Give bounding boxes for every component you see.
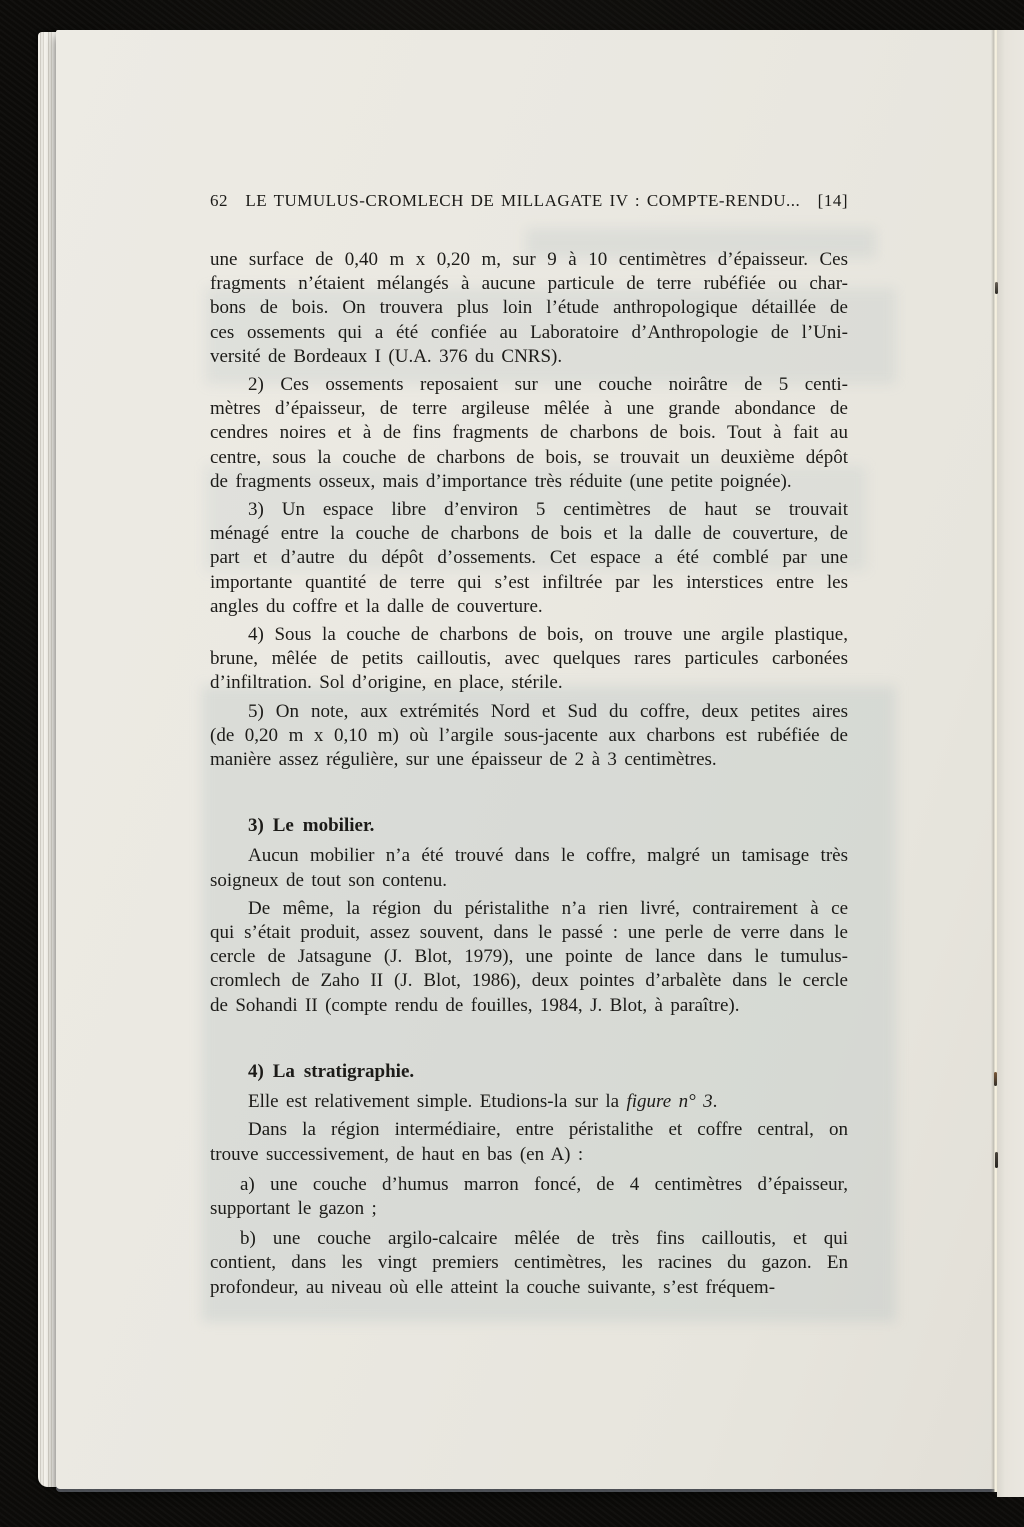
text-line: contient, dans les vingt premiers centim…	[210, 1251, 848, 1275]
paragraph: Elle est relativement simple. Etudions-l…	[210, 1090, 848, 1114]
header-bracket-number: [14]	[818, 190, 848, 212]
paragraph: b) une couche argilo-calcaire mêlée de t…	[210, 1227, 848, 1300]
text-line: manière assez régulière, sur une épaisse…	[210, 748, 848, 772]
text-line: brune, mêlée de petits cailloutis, avec …	[210, 647, 848, 671]
section-heading: 4) La stratigraphie.	[210, 1060, 848, 1084]
binding-stitch	[995, 1152, 998, 1168]
text-line: ces ossements qui a été confiée au Labor…	[210, 321, 848, 345]
text-line: 4) Sous la couche de charbons de bois, o…	[210, 623, 848, 647]
text-line: De même, la région du péristalithe n’a r…	[210, 897, 848, 921]
paragraph: 5) On note, aux extrémités Nord et Sud d…	[210, 700, 848, 773]
text-line: trouve successivement, de haut en bas (e…	[210, 1143, 848, 1167]
book-page: 62 LE TUMULUS-CROMLECH DE MILLAGATE IV :…	[56, 30, 997, 1489]
text-line: une surface de 0,40 m x 0,20 m, sur 9 à …	[210, 248, 848, 272]
text-line: ménagé entre la couche de charbons de bo…	[210, 522, 848, 546]
paragraph: une surface de 0,40 m x 0,20 m, sur 9 à …	[210, 248, 848, 369]
running-header: 62 LE TUMULUS-CROMLECH DE MILLAGATE IV :…	[210, 190, 848, 212]
text-segment: Elle est relativement simple. Etudions-l…	[248, 1091, 626, 1112]
paragraph: Dans la région intermédiaire, entre péri…	[210, 1118, 848, 1166]
text-blocks: une surface de 0,40 m x 0,20 m, sur 9 à …	[210, 248, 848, 1300]
text-line: Elle est relativement simple. Etudions-l…	[210, 1090, 848, 1114]
text-line: (de 0,20 m x 0,10 m) où l’argile sous-ja…	[210, 724, 848, 748]
text-line: 3) Un espace libre d’environ 5 centimètr…	[210, 498, 848, 522]
text-line: qui s’était produit, assez souvent, dans…	[210, 921, 848, 945]
book-scan-photo: 62 LE TUMULUS-CROMLECH DE MILLAGATE IV :…	[0, 0, 1024, 1527]
text-line: versité de Bordeaux I (U.A. 376 du CNRS)…	[210, 345, 848, 369]
paragraph: De même, la région du péristalithe n’a r…	[210, 897, 848, 1018]
text-line: cercle de Jatsagune (J. Blot, 1979), une…	[210, 945, 848, 969]
page-number: 62	[210, 190, 228, 212]
text-line: Aucun mobilier n’a été trouvé dans le co…	[210, 844, 848, 868]
text-line: soigneux de tout son contenu.	[210, 869, 848, 893]
binding-stitch	[994, 1072, 997, 1086]
page-text-column: 62 LE TUMULUS-CROMLECH DE MILLAGATE IV :…	[210, 30, 848, 1304]
text-line: 2) Ces ossements reposaient sur une couc…	[210, 373, 848, 397]
paragraph: 3) Un espace libre d’environ 5 centimètr…	[210, 498, 848, 619]
figure-reference: figure n° 3	[626, 1091, 712, 1112]
paragraph: a) une couche d’humus marron foncé, de 4…	[210, 1173, 848, 1221]
text-line: centre, sous la couche de charbons de bo…	[210, 446, 848, 470]
text-line: a) une couche d’humus marron foncé, de 4…	[210, 1173, 848, 1197]
paragraph: Aucun mobilier n’a été trouvé dans le co…	[210, 844, 848, 892]
text-line: cromlech de Zaho II (J. Blot, 1986), deu…	[210, 969, 848, 993]
section-heading: 3) Le mobilier.	[210, 814, 848, 838]
text-line: Dans la région intermédiaire, entre péri…	[210, 1118, 848, 1142]
text-line: de Sohandi II (compte rendu de fouilles,…	[210, 994, 848, 1018]
text-segment: .	[713, 1091, 718, 1112]
text-line: part et d’autre du dépôt d’ossements. Ce…	[210, 546, 848, 570]
text-line: angles du coffre et la dalle de couvertu…	[210, 595, 848, 619]
text-line: bons de bois. On trouvera plus loin l’ét…	[210, 296, 848, 320]
text-line: fragments n’étaient mélangés à aucune pa…	[210, 272, 848, 296]
text-line: 5) On note, aux extrémités Nord et Sud d…	[210, 700, 848, 724]
text-line: d’infiltration. Sol d’origine, en place,…	[210, 671, 848, 695]
text-line: b) une couche argilo-calcaire mêlée de t…	[210, 1227, 848, 1251]
facing-page-sliver	[997, 30, 1024, 1497]
binding-stitch	[995, 282, 998, 294]
running-header-title: LE TUMULUS-CROMLECH DE MILLAGATE IV : CO…	[228, 190, 818, 212]
text-line: mètres d’épaisseur, de terre argileuse m…	[210, 397, 848, 421]
text-line: cendres noires et à de fins fragments de…	[210, 421, 848, 445]
text-line: profondeur, au niveau où elle atteint la…	[210, 1276, 848, 1300]
gutter-crease	[991, 30, 997, 1492]
paragraph: 2) Ces ossements reposaient sur une couc…	[210, 373, 848, 494]
text-line: supportant le gazon ;	[210, 1197, 848, 1221]
text-line: importante quantité de terre qui s’est i…	[210, 571, 848, 595]
text-line: de fragments osseux, mais d’importance t…	[210, 470, 848, 494]
paragraph: 4) Sous la couche de charbons de bois, o…	[210, 623, 848, 696]
